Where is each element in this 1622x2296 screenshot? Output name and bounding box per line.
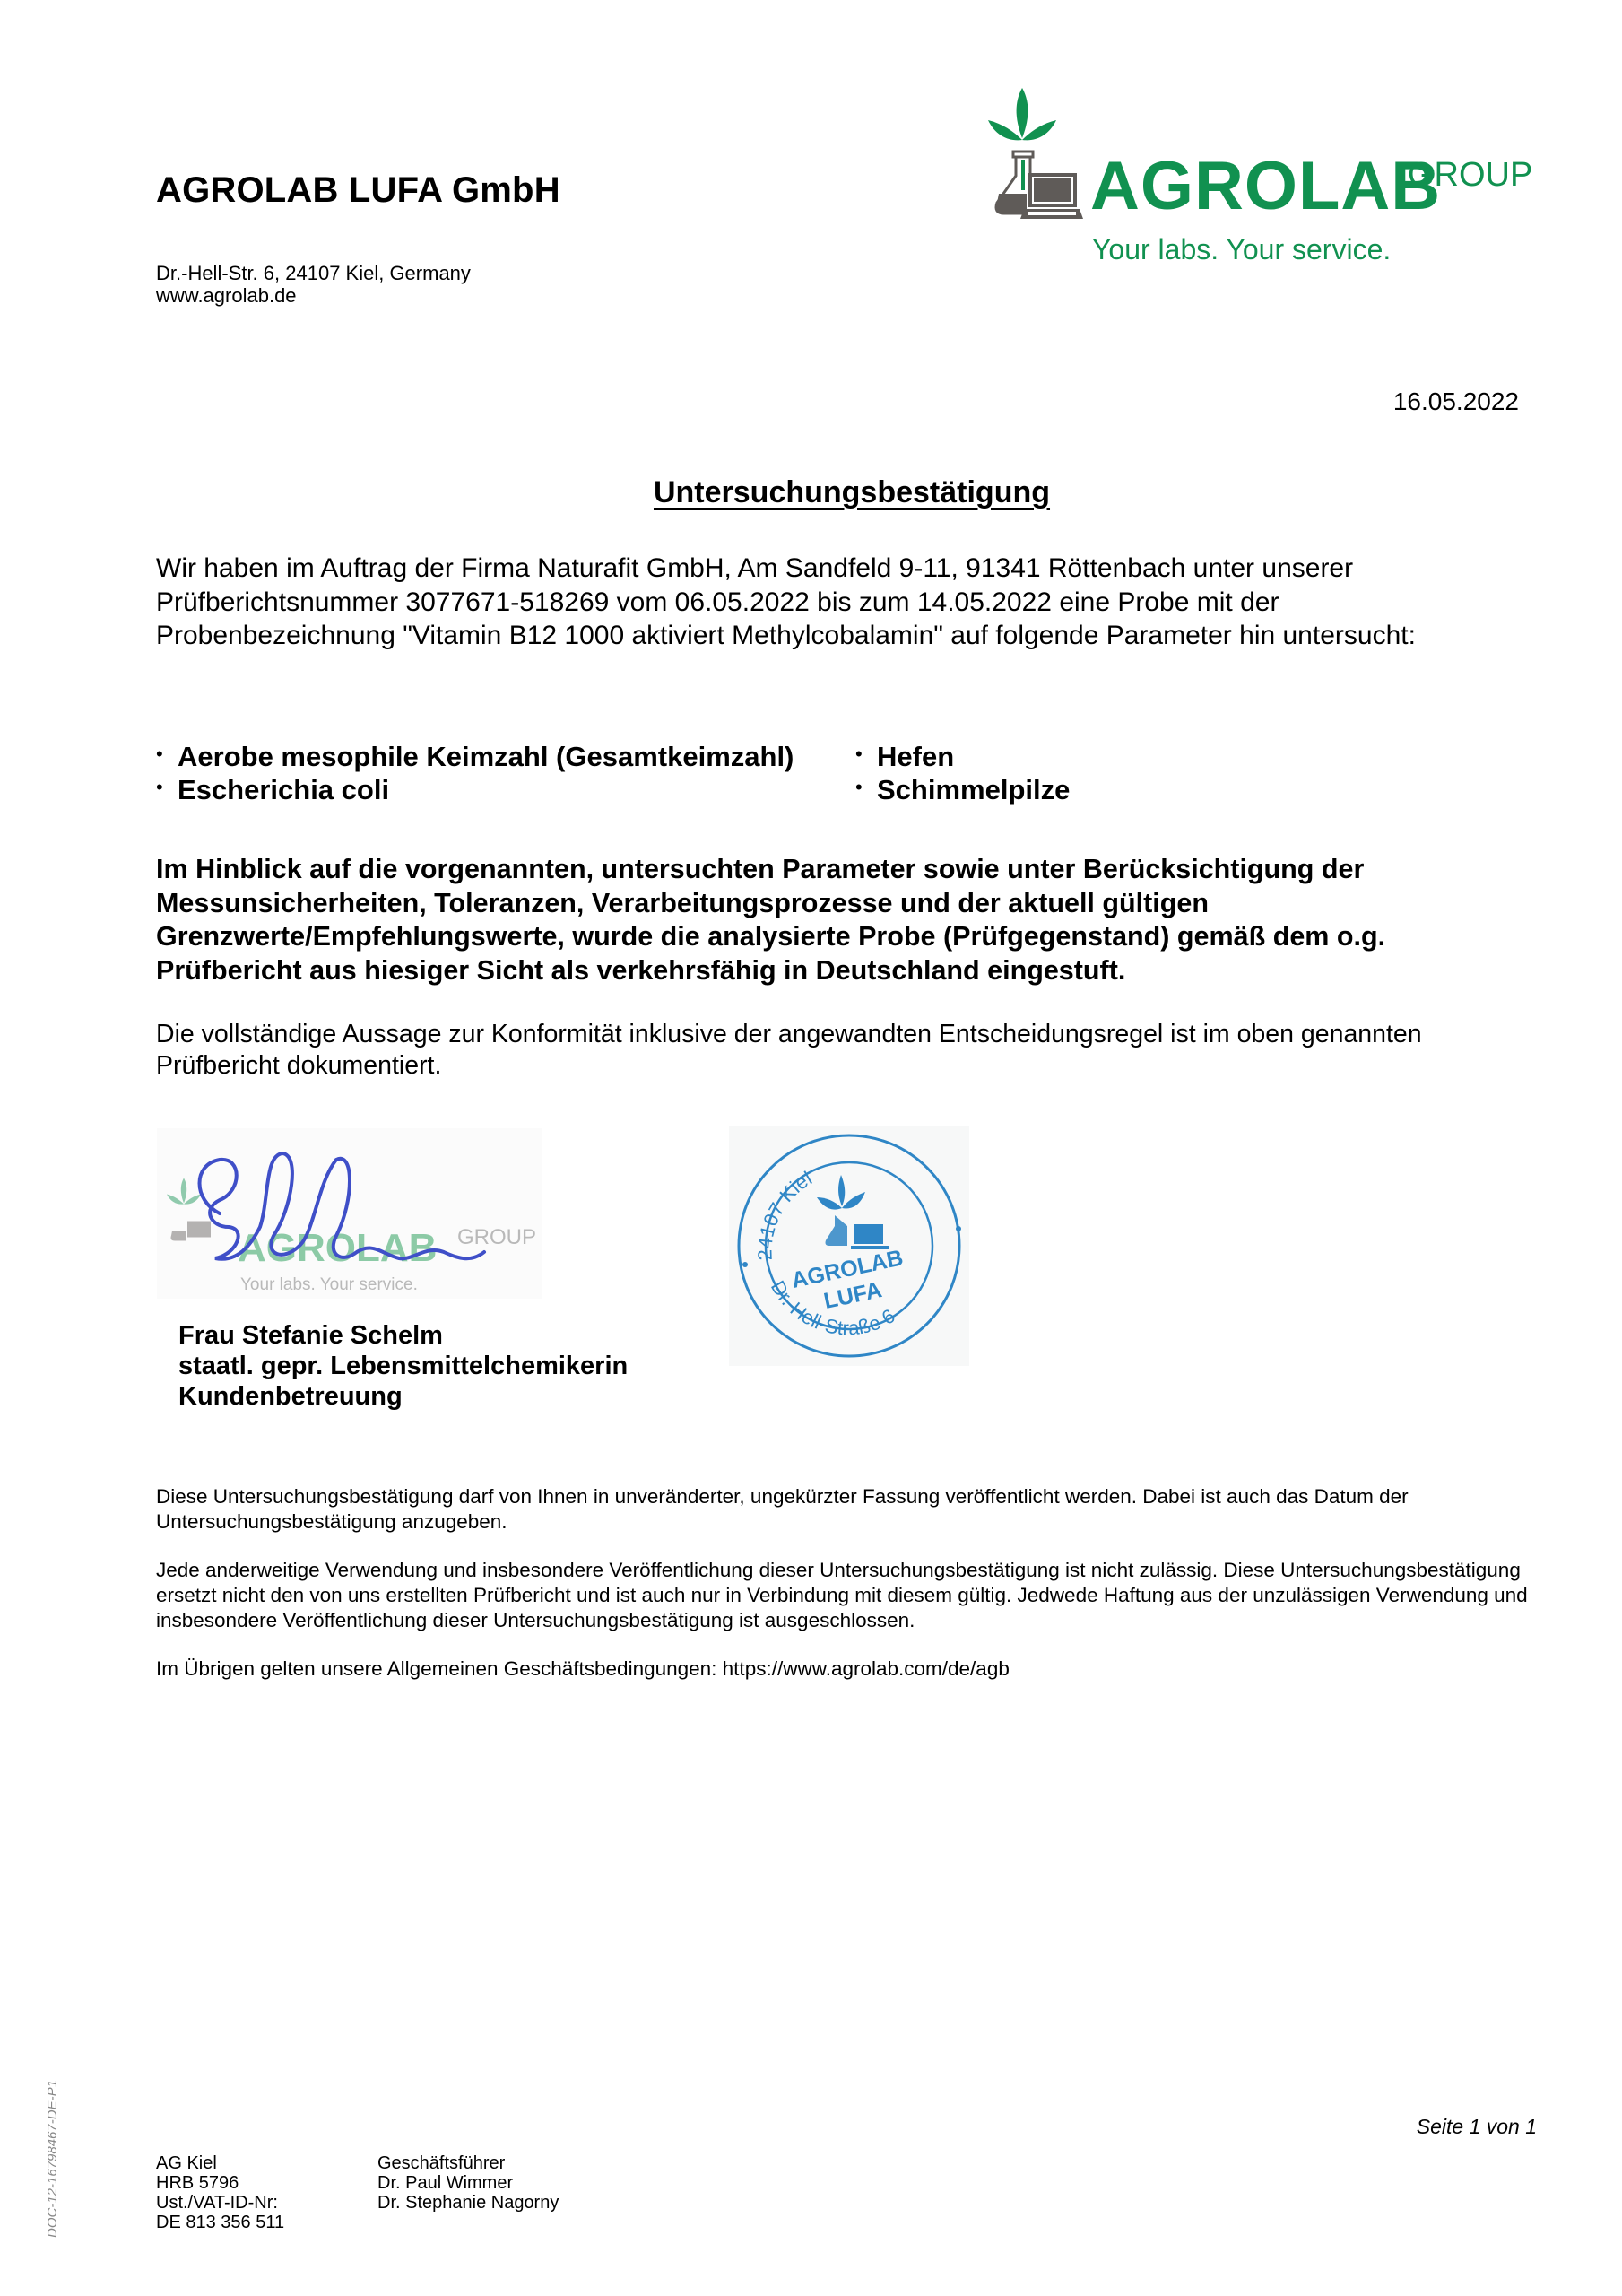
company-name: AGROLAB LUFA GmbH	[156, 170, 560, 211]
plant-flask-laptop-icon	[986, 86, 1094, 230]
footer-management: Geschäftsführer Dr. Paul Wimmer Dr. Step…	[377, 2153, 559, 2213]
agrolab-logo-wordmark: AGROLAB	[1090, 152, 1441, 221]
list-item: •Hefen	[855, 737, 954, 773]
registry-court: AG Kiel	[156, 2153, 284, 2173]
bullet-icon: •	[156, 770, 178, 804]
company-stamp: 24107 Kiel Dr.-Hell-Straße 6 AGROLAB LUF…	[729, 1126, 969, 1366]
parameter-label: Escherichia coli	[178, 774, 389, 805]
agrolab-logo-tagline: Your labs. Your service.	[1092, 235, 1391, 264]
signer-name: Frau Stefanie Schelm	[178, 1320, 628, 1351]
conformity-paragraph: Die vollständige Aussage zur Konformität…	[156, 1019, 1546, 1082]
document-title: Untersuchungsbestätigung	[0, 475, 1622, 510]
manager-name: Dr. Stephanie Nagorny	[377, 2193, 559, 2213]
list-item: •Aerobe mesophile Keimzahl (Gesamtkeimza…	[156, 737, 794, 773]
handwritten-signature	[157, 1128, 542, 1299]
svg-text:24107 Kiel: 24107 Kiel	[753, 1167, 815, 1261]
intro-paragraph: Wir haben im Auftrag der Firma Naturafit…	[156, 552, 1519, 653]
parameter-list: •Aerobe mesophile Keimzahl (Gesamtkeimza…	[156, 737, 1142, 809]
stamp-top-text: 24107 Kiel	[753, 1167, 815, 1261]
legal-publication-notice: Diese Untersuchungsbestätigung darf von …	[156, 1484, 1537, 1535]
agrolab-logo-group: GROUP	[1408, 158, 1532, 192]
vat-label: Ust./VAT-ID-Nr:	[156, 2193, 284, 2213]
bullet-icon: •	[855, 770, 877, 804]
footer-registry: AG Kiel HRB 5796 Ust./VAT-ID-Nr: DE 813 …	[156, 2153, 284, 2232]
page-number: Seite 1 von 1	[1417, 2115, 1537, 2139]
terms-link[interactable]: https://www.agrolab.com/de/agb	[723, 1657, 1010, 1680]
registry-number: HRB 5796	[156, 2173, 284, 2193]
signer-block: Frau Stefanie Schelm staatl. gepr. Leben…	[178, 1320, 628, 1412]
website-link[interactable]: www.agrolab.de	[156, 284, 471, 307]
vat-number: DE 813 356 511	[156, 2213, 284, 2232]
legal-usage-restriction: Jede anderweitige Verwendung und insbeso…	[156, 1558, 1537, 1633]
bullet-icon: •	[156, 737, 178, 770]
document-date: 16.05.2022	[1393, 387, 1519, 416]
address-street: Dr.-Hell-Str. 6, 24107 Kiel, Germany	[156, 262, 471, 284]
parameter-label: Hefen	[877, 741, 954, 772]
terms-text: Im Übrigen gelten unsere Allgemeinen Ges…	[156, 1657, 723, 1680]
signer-role: staatl. gepr. Lebensmittelchemikerin	[178, 1351, 628, 1381]
list-item: •Schimmelpilze	[855, 770, 1070, 806]
management-label: Geschäftsführer	[377, 2153, 559, 2173]
bullet-icon: •	[855, 737, 877, 770]
manager-name: Dr. Paul Wimmer	[377, 2173, 559, 2193]
parameter-label: Schimmelpilze	[877, 774, 1070, 805]
company-address: Dr.-Hell-Str. 6, 24107 Kiel, Germany www…	[156, 262, 471, 307]
verdict-paragraph: Im Hinblick auf die vorgenannten, unters…	[156, 853, 1537, 987]
list-item: •Escherichia coli	[156, 770, 389, 806]
document-id: DOC-12-16798467-DE-P1	[45, 2080, 60, 2238]
legal-terms-reference: Im Übrigen gelten unsere Allgemeinen Ges…	[156, 1657, 1537, 1682]
parameter-label: Aerobe mesophile Keimzahl (Gesamtkeimzah…	[178, 741, 794, 772]
signer-department: Kundenbetreuung	[178, 1381, 628, 1412]
